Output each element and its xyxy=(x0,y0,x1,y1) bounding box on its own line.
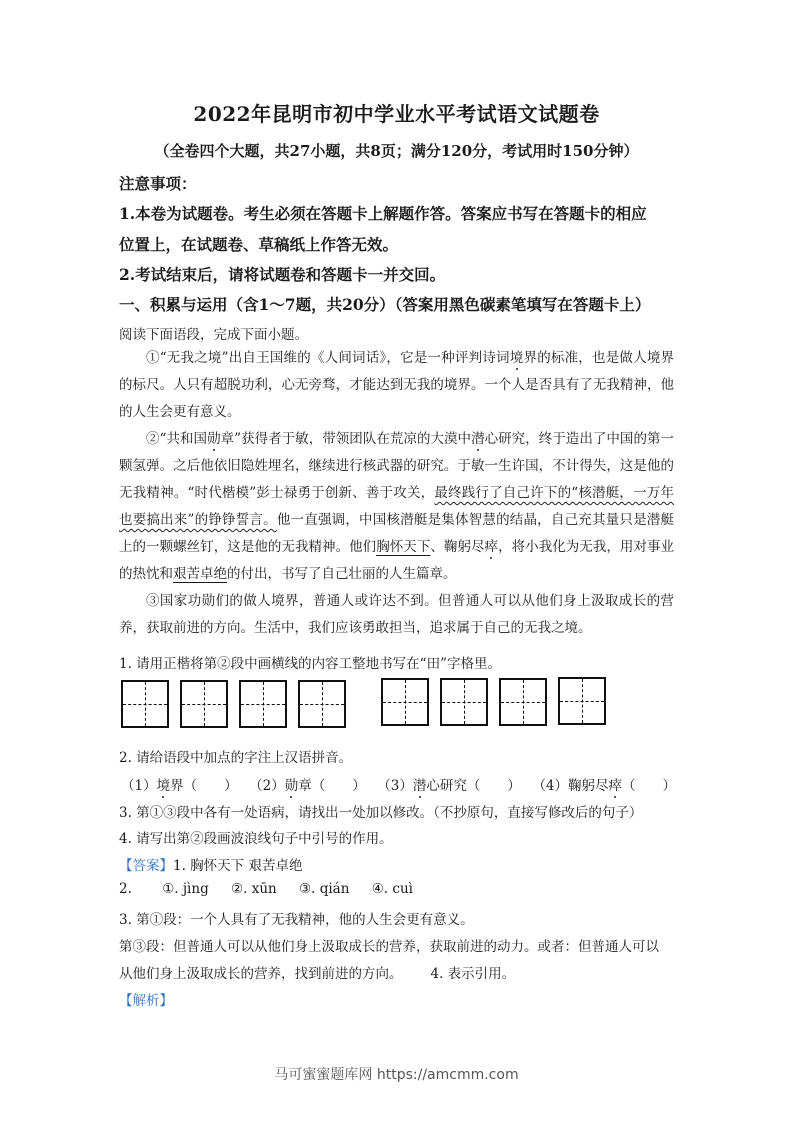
dotted-char: 潜 xyxy=(471,431,485,447)
answer-tag: 【答案】 xyxy=(119,858,173,874)
dotted-char: 勋 xyxy=(207,431,221,447)
pinyin-item-1: （1）境界（ ） xyxy=(121,774,238,794)
answer-4: 4. 表示引用。 xyxy=(431,966,516,982)
answer-3-cont: 第③段：但普通人可以从他们身上汲取成长的营养，获取前进的动力。或者：但普通人可以 xyxy=(119,935,659,955)
notice-item-2: 2.考试结束后，请将试题卷和答题卡一并交回。 xyxy=(119,263,445,285)
tian-box[interactable] xyxy=(499,678,547,726)
tian-box[interactable] xyxy=(558,677,606,725)
analysis-tag: 【解析】 xyxy=(119,989,173,1009)
answer-2: 2. ①. jìng ②. xūn ③. qián ④. cuì xyxy=(119,881,413,897)
tian-box[interactable] xyxy=(121,680,169,728)
page-title: 2022年昆明市初中学业水平考试语文试题卷 xyxy=(0,98,793,127)
passage-paragraph-2: ②“共和国勋章”获得者于敏，带领团队在荒凉的大漠中潜心研究，终于造出了中国的第一… xyxy=(119,426,674,588)
tian-box[interactable] xyxy=(440,678,488,726)
pinyin-item-2: （2）勋章（ ） xyxy=(249,774,366,794)
question-1: 1. 请用正楷将第②段中画横线的内容工整地书写在“田”字格里。 xyxy=(119,652,501,672)
answer-1: 【答案】1. 胸怀天下 艰苦卓绝 xyxy=(119,854,302,874)
watermark-footer: 马可蜜蜜题库网 https://amcmm.com xyxy=(0,1064,793,1084)
notice-item-1: 1.本卷为试题卷。考生必须在答题卡上解题作答。答案应书写在答题卡的相应 xyxy=(119,202,647,224)
underlined-phrase: 胸怀天下 xyxy=(376,539,430,555)
exam-info: （全卷四个大题，共27小题，共8页；满分120分，考试用时150分钟） xyxy=(0,140,793,161)
dotted-char: 境 xyxy=(510,350,524,366)
tian-box[interactable] xyxy=(298,680,346,728)
exam-page: 2022年昆明市初中学业水平考试语文试题卷 （全卷四个大题，共27小题，共8页；… xyxy=(0,0,793,1122)
pinyin-item-3: （3）潜心研究（ ） xyxy=(377,774,521,794)
reading-passage: ①“无我之境”出自王国维的《人间词话》，它是一种评判诗词境界的标准，也是做人境界… xyxy=(119,345,674,642)
question-2-items: （1）境界（ ） （2）勋章（ ） （3）潜心研究（ ） （4）鞠躬尽瘁（ ） xyxy=(121,774,676,794)
answer-3: 3. 第①段：一个人具有了无我精神，他的人生会更有意义。 xyxy=(119,908,474,928)
section-heading: 一、积累与运用（含1～7题，共20分）（答案用黑色碳素笔填写在答题卡上） xyxy=(119,293,650,315)
reading-instruction: 阅读下面语段，完成下面小题。 xyxy=(119,323,308,343)
notice-heading: 注意事项： xyxy=(119,172,197,194)
question-4: 4. 请写出第②段画波浪线句子中引号的作用。 xyxy=(119,827,393,847)
passage-paragraph-1: ①“无我之境”出自王国维的《人间词话》，它是一种评判诗词境界的标准，也是做人境界… xyxy=(119,345,674,426)
tian-box[interactable] xyxy=(180,680,228,728)
dotted-char: 瘁 xyxy=(485,539,499,555)
tian-grid xyxy=(121,680,641,734)
question-3: 3. 第①③段中各有一处语病，请找出一处加以修改。（不抄原句，直接写修改后的句子… xyxy=(119,801,642,821)
notice-item-1-cont: 位置上，在试题卷、草稿纸上作答无效。 xyxy=(119,233,398,255)
tian-box[interactable] xyxy=(381,678,429,726)
passage-paragraph-3: ③国家功勋们的做人境界，普通人或许达不到。但普通人可以从他们身上汲取成长的营养，… xyxy=(119,588,674,642)
answer-3-cont-2: 从他们身上汲取成长的营养，找到前进的方向。4. 表示引用。 xyxy=(119,962,515,982)
underlined-phrase: 艰苦卓绝 xyxy=(173,566,227,582)
tian-box[interactable] xyxy=(239,680,287,728)
question-2: 2. 请给语段中加点的字注上汉语拼音。 xyxy=(119,746,352,766)
pinyin-item-4: （4）鞠躬尽瘁（ ） xyxy=(532,774,676,794)
